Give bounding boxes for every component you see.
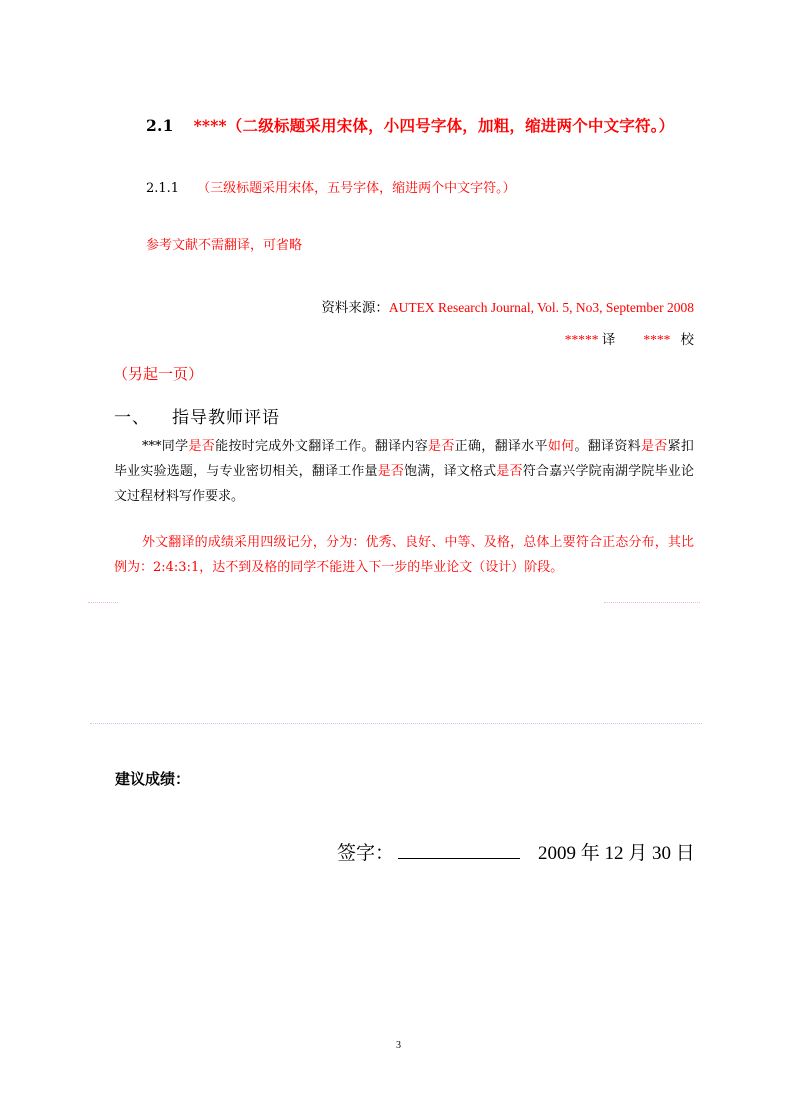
signature-date: 2009 年 12 月 30 日 <box>538 843 695 864</box>
comment-text: 能按时完成外文翻译工作。翻译内容 <box>215 439 428 454</box>
signature-field[interactable] <box>398 840 520 859</box>
dotted-separator <box>90 723 702 724</box>
dotted-separator <box>604 602 700 603</box>
comment-placeholder: 是否 <box>188 439 215 454</box>
grading-note: 外文翻译的成绩采用四级记分，分为：优秀、良好、中等、及格，总体上要符合正态分布，… <box>114 530 694 580</box>
comment-text: 饱满，译文格式 <box>404 464 496 479</box>
comment-placeholder: 是否 <box>496 464 522 479</box>
page-number: 3 <box>396 1040 401 1051</box>
translator-line: ***** 译**** 校 <box>565 328 694 348</box>
reviewer-label: 校 <box>681 332 695 347</box>
new-page-note: （另起一页） <box>113 363 203 384</box>
comment-paragraph: ***同学是否能按时完成外文翻译工作。翻译内容是否正确，翻译水平如何。翻译资料是… <box>114 434 694 509</box>
reference-note: 参考文献不需翻译，可省略 <box>146 234 302 253</box>
translator-label: 译 <box>602 332 616 347</box>
comment-text: 。翻译资料 <box>574 439 641 454</box>
comment-text: ***同学 <box>142 439 188 454</box>
heading-level-2: 2.1****（二级标题采用宋体，小四号字体，加粗，缩进两个中文字符。） <box>146 114 674 136</box>
heading-3-number: 2.1.1 <box>146 181 179 196</box>
comment-placeholder: 是否 <box>641 439 668 454</box>
heading-2-text: ****（二级标题采用宋体，小四号字体，加粗，缩进两个中文字符。） <box>194 116 675 135</box>
heading-3-text: （三级标题采用宋体，五号字体，缩进两个中文字符。） <box>197 181 516 196</box>
section-number: 一、 <box>114 408 150 428</box>
reviewer-name: **** <box>643 332 670 347</box>
source-line: 资料来源：AUTEX Research Journal, Vol. 5, No3… <box>321 296 694 316</box>
signature-line: 签字：2009 年 12 月 30 日 <box>337 838 695 865</box>
source-value: AUTEX Research Journal, Vol. 5, No3, Sep… <box>389 300 694 315</box>
source-label: 资料来源： <box>321 300 389 315</box>
comment-text: 正确，翻译水平 <box>455 439 548 454</box>
comment-placeholder: 是否 <box>378 464 404 479</box>
comment-placeholder: 如何 <box>548 439 575 454</box>
suggested-grade-label: 建议成绩： <box>115 768 190 789</box>
section-title: 指导教师评语 <box>172 408 280 428</box>
signature-label: 签字： <box>337 843 394 864</box>
section-heading: 一、指导教师评语 <box>114 403 280 428</box>
heading-level-3: 2.1.1（三级标题采用宋体，五号字体，缩进两个中文字符。） <box>146 177 516 196</box>
dotted-separator <box>88 602 118 603</box>
heading-2-number: 2.1 <box>146 116 174 135</box>
comment-placeholder: 是否 <box>428 439 455 454</box>
translator-name: ***** <box>565 332 599 347</box>
